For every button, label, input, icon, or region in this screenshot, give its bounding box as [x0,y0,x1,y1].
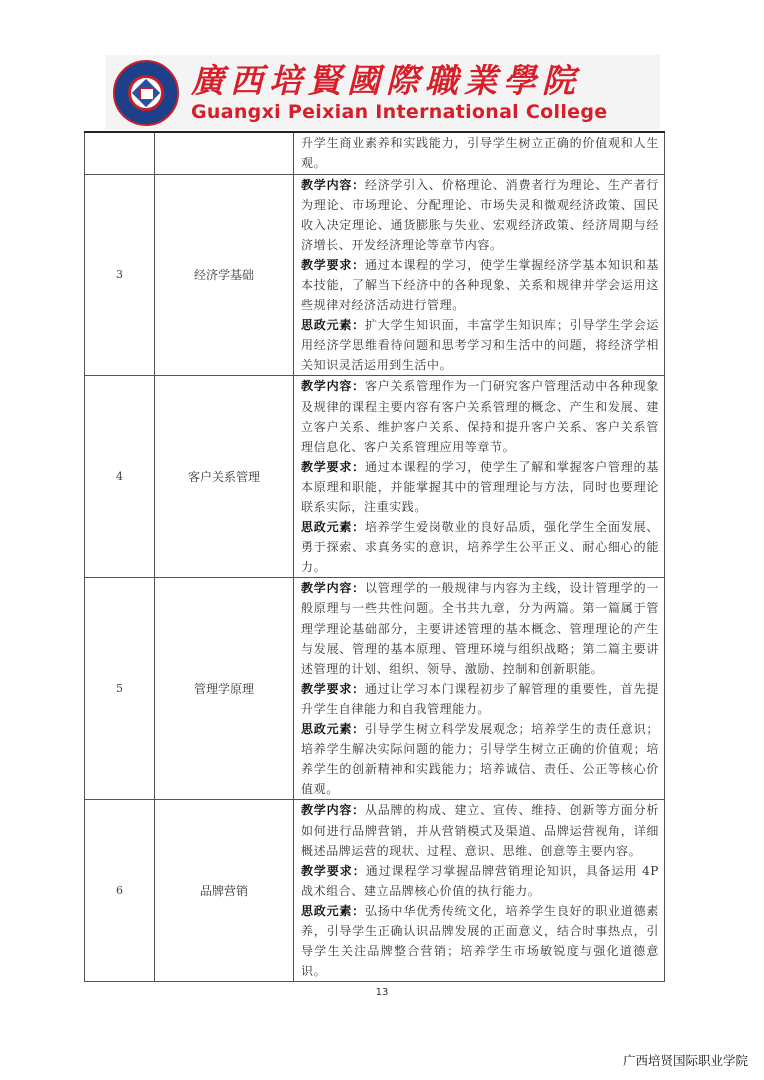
footer-college-name: 广西培贤国际职业学院 [623,1051,748,1069]
teaching-requirement-label: 教学要求： [301,460,365,474]
teaching-requirement: 教学要求：通过本课程的学习，使学生了解和掌握客户管理的基本原理和职能，并能掌握其… [301,457,659,517]
teaching-content: 教学内容：以管理学的一般规律与内容为主线，设计管理学的一般原理与一些共性问题。全… [301,578,659,678]
course-name-cell: 客户关系管理 [155,376,294,578]
course-description-cell: 教学内容：从品牌的构成、建立、宣传、维持、创新等方面分析如何进行品牌营销，并从营… [294,800,665,982]
ideology-elements: 思政元素：扩大学生知识面，丰富学生知识库；引导学生学会运用经济学思维看待问题和思… [301,315,659,375]
table-row: 4 客户关系管理 教学内容：客户关系管理作为一门研究客户管理活动中各种现象及规律… [85,376,665,578]
teaching-requirement-label: 教学要求： [301,682,365,696]
teaching-requirement: 教学要求：通过课程学习掌握品牌营销理论知识，具备运用 4P 战术组合、建立品牌核… [301,861,659,901]
course-description-cell: 教学内容：经济学引入、价格理论、消费者行为理论、生产者行为理论、市场理论、分配理… [294,174,665,376]
teaching-content-text: 以管理学的一般规律与内容为主线，设计管理学的一般原理与一些共性问题。全书共九章，… [301,581,659,675]
teaching-content: 教学内容：从品牌的构成、建立、宣传、维持、创新等方面分析如何进行品牌营销，并从营… [301,800,659,860]
ideology-elements: 思政元素：弘扬中华优秀传统文化，培养学生良好的职业道德素养，引导学生正确认识品牌… [301,901,659,981]
teaching-content-label: 教学内容： [301,178,365,192]
college-brand: 廣西培賢國際職業學院 Guangxi Peixian International… [191,62,607,124]
ideology-elements-label: 思政元素： [301,318,365,332]
continued-text: 升学生商业素养和实践能力，引导学生树立正确的价值观和人生观。 [301,133,659,173]
teaching-content-label: 教学内容： [301,803,365,817]
teaching-requirement-label: 教学要求： [301,258,365,272]
course-name-cell: 管理学原理 [155,578,294,800]
table-row: 5 管理学原理 教学内容：以管理学的一般规律与内容为主线，设计管理学的一般原理与… [85,578,665,800]
teaching-content-label: 教学内容： [301,379,365,393]
course-table: 升学生商业素养和实践能力，引导学生树立正确的价值观和人生观。 3 经济学基础 教… [84,131,665,982]
ideology-elements-label: 思政元素： [301,904,365,918]
teaching-requirement: 教学要求：通过本课程的学习，使学生掌握经济学基本知识和基本技能，了解当下经济中的… [301,255,659,315]
teaching-requirement-label: 教学要求： [301,864,366,878]
course-number-cell: 3 [85,174,155,376]
teaching-content-label: 教学内容： [301,581,365,595]
course-name-cell: 品牌营销 [155,800,294,982]
ideology-elements: 思政元素：培养学生爱岗敬业的良好品质，强化学生全面发展、勇于探索、求真务实的意识… [301,517,659,577]
college-emblem-icon [113,60,179,126]
course-name-cell: 经济学基础 [155,174,294,376]
page-number: 13 [0,987,764,998]
teaching-content: 教学内容：客户关系管理作为一门研究客户管理活动中各种现象及规律的课程主要内容有客… [301,376,659,456]
course-description-cell: 教学内容：客户关系管理作为一门研究客户管理活动中各种现象及规律的课程主要内容有客… [294,376,665,578]
table-row: 6 品牌营销 教学内容：从品牌的构成、建立、宣传、维持、创新等方面分析如何进行品… [85,800,665,982]
course-number-cell [85,132,155,174]
course-number-cell: 4 [85,376,155,578]
course-name-cell [155,132,294,174]
table-row-continued: 升学生商业素养和实践能力，引导学生树立正确的价值观和人生观。 [85,132,665,174]
college-name-en: Guangxi Peixian International College [191,100,607,124]
book-icon [140,88,154,100]
teaching-content: 教学内容：经济学引入、价格理论、消费者行为理论、生产者行为理论、市场理论、分配理… [301,175,659,255]
course-number-cell: 6 [85,800,155,982]
college-header-banner: 廣西培賢國際職業學院 Guangxi Peixian International… [105,55,660,130]
course-description-cell: 升学生商业素养和实践能力，引导学生树立正确的价值观和人生观。 [294,132,665,174]
teaching-requirement: 教学要求：通过让学习本门课程初步了解管理的重要性，首先提升学生自律能力和自我管理… [301,679,659,719]
course-description-cell: 教学内容：以管理学的一般规律与内容为主线，设计管理学的一般原理与一些共性问题。全… [294,578,665,800]
ideology-elements-label: 思政元素： [301,722,365,736]
college-name-cn: 廣西培賢國際職業學院 [191,62,607,100]
course-number-cell: 5 [85,578,155,800]
table-row: 3 经济学基础 教学内容：经济学引入、价格理论、消费者行为理论、生产者行为理论、… [85,174,665,376]
ideology-elements-label: 思政元素： [301,520,365,534]
ideology-elements: 思政元素：引导学生树立科学发展观念；培养学生的责任意识；培养学生解决实际问题的能… [301,719,659,799]
